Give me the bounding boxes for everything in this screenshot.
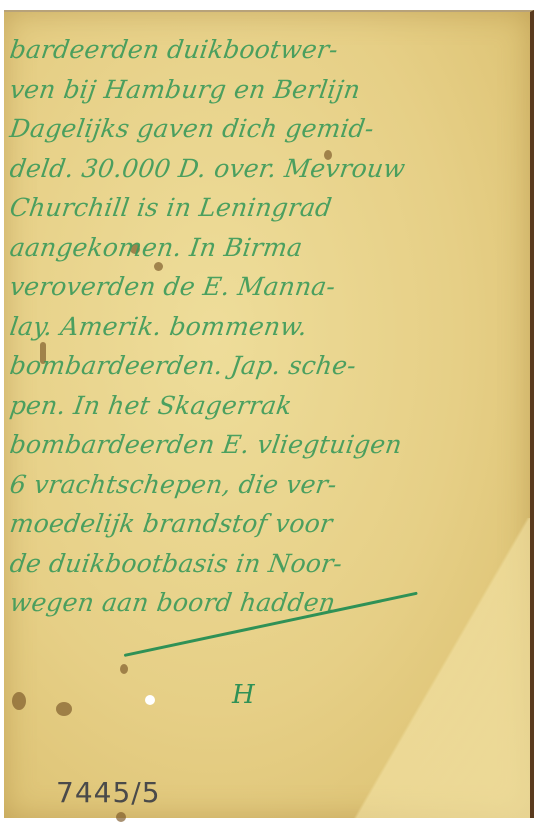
stain xyxy=(12,692,26,710)
text-line: Churchill is in Leningrad xyxy=(7,188,533,228)
text-line: pen. In het Skagerrak xyxy=(7,386,533,426)
text-line: de duikbootbasis in Noor- xyxy=(7,544,533,584)
text-line: deld. 30.000 D. over. Mevrouw xyxy=(7,149,533,189)
text-line: moedelijk brandstof voor xyxy=(7,504,533,544)
text-line: wegen aan boord hadden xyxy=(7,583,533,623)
stain xyxy=(116,812,126,822)
text-line: aangekomen. In Birma xyxy=(7,228,533,268)
text-line: ven bij Hamburg en Berlijn xyxy=(7,70,533,110)
signature-mark: H xyxy=(232,680,255,710)
pin-hole xyxy=(145,695,155,705)
text-line: veroverden de E. Manna- xyxy=(7,267,533,307)
stain xyxy=(120,664,128,674)
text-line: bombardeerden E. vliegtuigen xyxy=(7,425,533,465)
handwritten-text: bardeerden duikbootwer- ven bij Hamburg … xyxy=(10,30,530,623)
stain xyxy=(56,702,72,716)
text-line: 6 vrachtschepen, die ver- xyxy=(7,465,533,505)
text-line: Dagelijks gaven dich gemid- xyxy=(7,109,533,149)
archive-number: 7445/5 xyxy=(56,776,161,809)
postcard: bardeerden duikbootwer- ven bij Hamburg … xyxy=(4,10,534,818)
text-line: bardeerden duikbootwer- xyxy=(7,30,533,70)
text-line: lay. Amerik. bommenw. xyxy=(7,307,533,347)
text-line: bombardeerden. Jap. sche- xyxy=(7,346,533,386)
